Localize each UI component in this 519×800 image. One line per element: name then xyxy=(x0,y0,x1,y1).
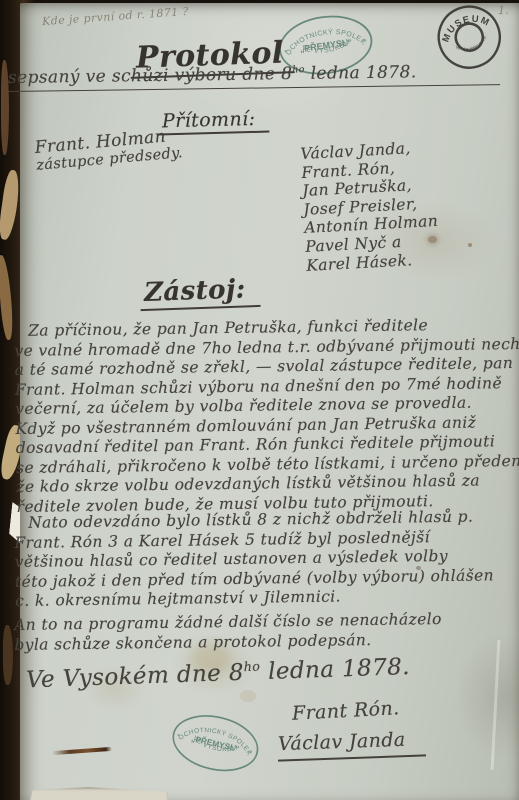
pencil-page-number: 1. xyxy=(498,4,509,17)
torn-paper-fragment xyxy=(0,169,22,240)
paragraph-3: An to na programu žádné další číslo se n… xyxy=(14,609,516,655)
paragraph-2: Nato odevzdáno bylo lístků 8 z nichž obd… xyxy=(14,507,517,611)
paper-stain xyxy=(240,690,256,702)
agenda-heading: Zástoj: xyxy=(140,274,261,308)
paragraph-1: Za příčinou, že pan Jan Petruška, funkci… xyxy=(14,315,519,517)
present-members-list: Václav Janda, Frant. Rón, Jan Petruška, … xyxy=(300,138,441,275)
ink-stain xyxy=(468,243,472,247)
scanned-protocol-page: Kde je první od r. 1871 ? 1. MUSEUM · ve… xyxy=(0,0,519,800)
torn-paper-fragment xyxy=(3,625,13,685)
torn-paper-fragment xyxy=(0,255,15,341)
signature-vaclav-janda: Václav Janda xyxy=(278,729,406,755)
